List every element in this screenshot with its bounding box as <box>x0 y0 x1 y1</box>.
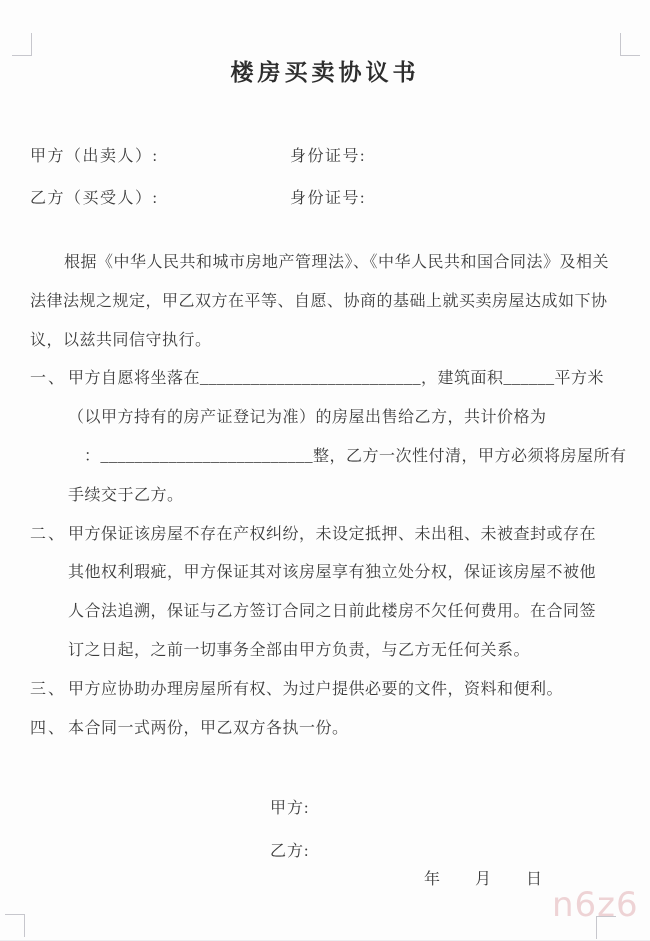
clause-1-number: 一、 <box>30 360 66 399</box>
signature-party-b: 乙方: <box>270 830 309 873</box>
party-b-label: 乙方（买受人）: <box>30 185 290 208</box>
document-page: 楼房买卖协议书 甲方（出卖人）: 身份证号: 乙方（买受人）: 身份证号: 根据… <box>0 0 650 941</box>
signature-section: 甲方: 乙方: <box>270 787 309 873</box>
parties-section: 甲方（出卖人）: 身份证号: 乙方（买受人）: 身份证号: <box>30 133 630 217</box>
clause-2-line: 其他权利瑕疵，甲方保证其对该房屋享有独立处分权，保证该房屋不被他 <box>0 554 650 593</box>
party-b-row: 乙方（买受人）: 身份证号: <box>30 175 630 217</box>
party-a-label: 甲方（出卖人）: <box>30 143 290 166</box>
clause-2-line: 二、 甲方保证该房屋不存在产权纠纷，未设定抵押、未出租、未被查封或存在 <box>0 516 650 555</box>
clause-4-line: 四、 本合同一式两份，甲乙双方各执一份。 <box>0 710 650 749</box>
party-b-id-label: 身份证号: <box>290 185 366 208</box>
party-a-id-label: 身份证号: <box>290 143 366 166</box>
signature-date-line: 年 月 日 <box>424 866 543 889</box>
clause-2-number: 二、 <box>30 516 66 555</box>
clause-1-line: 手续交于乙方。 <box>0 477 650 516</box>
clause-1-line: 一、 甲方自愿将坐落在__________________________，建筑… <box>0 360 650 399</box>
clause-1-line: （以甲方持有的房产证登记为准）的房屋出售给乙方，共计价格为 <box>0 399 650 438</box>
clause-1-text: 甲方自愿将坐落在__________________________，建筑面积_… <box>68 370 604 387</box>
clause-2-text: 甲方保证该房屋不存在产权纠纷，未设定抵押、未出租、未被查封或存在 <box>68 526 596 543</box>
intro-line: 法律法规之规定，甲乙双方在平等、自愿、协商的基础上就买卖房屋达成如下协 <box>0 283 650 322</box>
crop-mark-top-right-icon <box>620 33 640 56</box>
clause-3-number: 三、 <box>30 671 66 710</box>
clause-4-number: 四、 <box>30 710 66 749</box>
clause-2-line: 人合法追溯，保证与乙方签订合同之日前此楼房不欠任何费用。在合同签 <box>0 593 650 632</box>
watermark: n6z6 <box>552 888 639 922</box>
party-a-row: 甲方（出卖人）: 身份证号: <box>30 133 630 175</box>
contract-body: 根据《中华人民共和城市房地产管理法》、《中华人民共和国合同法》及相关 法律法规之… <box>0 244 650 748</box>
intro-line: 议，以兹共同信守执行。 <box>0 322 650 361</box>
clause-3-line: 三、 甲方应协助办理房屋所有权、为过户提供必要的文件，资料和便利。 <box>0 671 650 710</box>
intro-line: 根据《中华人民共和城市房地产管理法》、《中华人民共和国合同法》及相关 <box>0 244 650 283</box>
signature-party-a: 甲方: <box>270 787 309 830</box>
clause-1-line: ：_________________________整，乙方一次性付清，甲方必须… <box>0 438 650 477</box>
clause-4-text: 本合同一式两份，甲乙双方各执一份。 <box>68 720 349 737</box>
crop-mark-bottom-left-icon <box>5 914 25 937</box>
clause-2-line: 订之日起，之前一切事务全部由甲方负责，与乙方无任何关系。 <box>0 632 650 671</box>
crop-mark-top-left-icon <box>12 33 32 56</box>
clause-3-text: 甲方应协助办理房屋所有权、为过户提供必要的文件，资料和便利。 <box>68 681 563 698</box>
document-title: 楼房买卖协议书 <box>0 54 650 87</box>
